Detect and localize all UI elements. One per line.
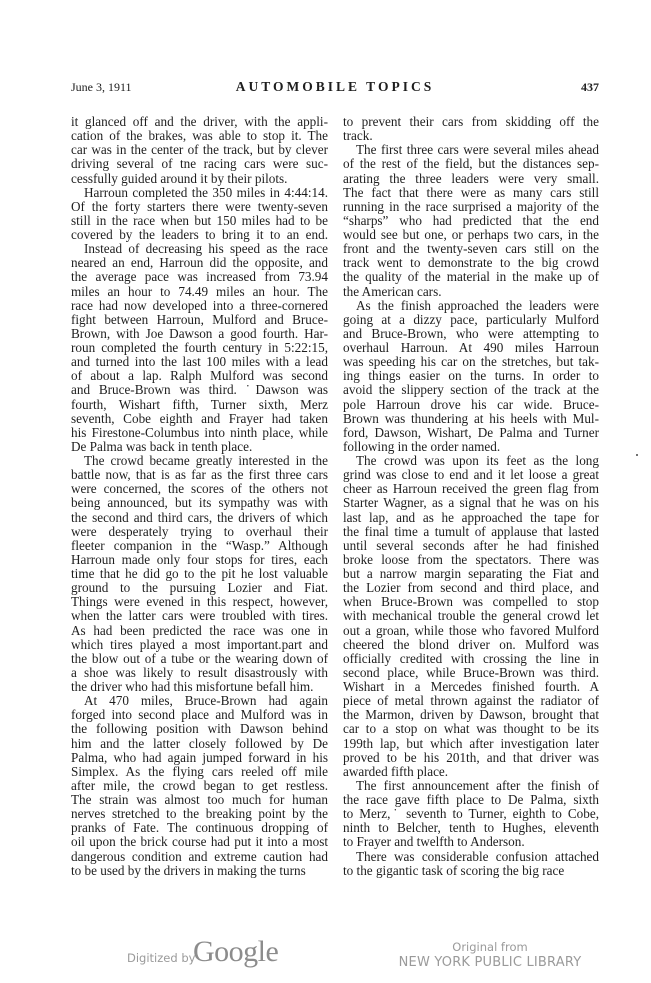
text-line: fleeter companion in the “Wasp.” Althoug…	[71, 539, 328, 553]
text-line: of about a lap. Ralph Mulford was second	[71, 369, 328, 383]
text-line: it glanced off and the driver, with the …	[71, 115, 328, 129]
text-line: was speeding his car on the stretches, b…	[343, 355, 599, 369]
original-from-label: Original from	[400, 940, 580, 954]
text-line: to prevent their cars from skidding off …	[343, 115, 599, 129]
text-line: driving several of tne racing cars were …	[71, 157, 328, 171]
text-line: the blow out of a tube or the wearing do…	[71, 652, 328, 666]
text-line: The crowd became greatly interested in t…	[71, 454, 328, 468]
text-line: after mile, the crowd began to get restl…	[71, 779, 328, 793]
text-line: ford, Dawson, Wishart, De Palma and Turn…	[343, 426, 599, 440]
running-header: June 3, 1911 AUTOMOBILE TOPICS 437	[71, 80, 599, 98]
text-line: officially credited with crossing the li…	[343, 652, 599, 666]
text-line: and Bruce-Brown, who were attempting to	[343, 327, 599, 341]
library-name: NEW YORK PUBLIC LIBRARY	[395, 955, 585, 970]
text-line: avoid the slippery section of the track …	[343, 383, 599, 397]
text-line: to the gigantic task of scoring the big …	[343, 864, 599, 878]
text-line: last lap, and as he approached the tape …	[343, 511, 599, 525]
text-line: Instead of decreasing his speed as the r…	[71, 242, 328, 256]
text-line: when Bruce-Brown was compelled to stop	[343, 595, 599, 609]
text-line: The first announcement after the finish …	[343, 779, 599, 793]
page-number: 437	[581, 80, 599, 95]
text-line: going at a dizzy pace, particularly Mulf…	[343, 313, 599, 327]
text-line: running in the race surprised a majority…	[343, 200, 599, 214]
text-line: out a groan, while those who favored Mul…	[343, 624, 599, 638]
text-line: second place, while Bruce-Brown was thir…	[343, 666, 599, 680]
text-line: battle now, that is as far as the first …	[71, 468, 328, 482]
text-line: As had been predicted the race was one i…	[71, 624, 328, 638]
text-line: the second and third cars, the drivers o…	[71, 511, 328, 525]
text-line: ground to the pursuing Lozier and Fiat.	[71, 581, 328, 595]
text-line: Things were evened in this respect, howe…	[71, 595, 328, 609]
text-line: piece of metal thrown against the radiat…	[343, 694, 599, 708]
google-logo: Google	[193, 935, 278, 969]
text-line: being announced, but its sympathy was wi…	[71, 496, 328, 510]
text-line: the Lozier from second and third place, …	[343, 581, 599, 595]
text-line: At 470 miles, Bruce-Brown had again	[71, 694, 328, 708]
text-line: cheered the blond driver on. Mulford was	[343, 638, 599, 652]
text-line: cation of the brakes, was able to stop i…	[71, 129, 328, 143]
text-line: cessfully guided around it by their pilo…	[71, 172, 328, 186]
text-line: oil upon the brick course had put it int…	[71, 835, 328, 849]
text-line: Brown was thundering at his heels with M…	[343, 412, 599, 426]
left-column: it glanced off and the driver, with the …	[71, 115, 328, 878]
text-line: Palma, who had again jumped forward in h…	[71, 751, 328, 765]
right-column: to prevent their cars from skidding off …	[343, 115, 599, 878]
text-line: neared an end, Harroun did the opposite,…	[71, 256, 328, 270]
text-line: covered by the leaders to bring it to an…	[71, 228, 328, 242]
text-line: until several seconds after he had finis…	[343, 539, 599, 553]
text-line: were concerned, the scores of the others…	[71, 482, 328, 496]
text-line: Of the forty starters there were twenty-…	[71, 200, 328, 214]
digitization-footer: Digitized by Google Original from NEW YO…	[0, 935, 651, 975]
text-line: and turned into the last 100 miles with …	[71, 355, 328, 369]
text-line: forged into second place and Mulford was…	[71, 708, 328, 722]
text-line: The strain was almost too much for human	[71, 793, 328, 807]
text-line: track.	[343, 129, 599, 143]
text-line: which tires played a most important.part…	[71, 638, 328, 652]
text-line: the Marmon, driven by Dawson, brought th…	[343, 708, 599, 722]
text-line: broke loose from the spectators. There w…	[343, 553, 599, 567]
text-line: cheer as Harroun received the green flag…	[343, 482, 599, 496]
text-line: fight between Harroun, Mulford and Bruce…	[71, 313, 328, 327]
text-line: were desperately trying to overhaul thei…	[71, 525, 328, 539]
text-line: pranks of Fate. The continuous dropping …	[71, 821, 328, 835]
text-line: fourth, Wishart fifth, Turner sixth, Mer…	[71, 398, 328, 412]
text-line: but a narrow margin separating the Fiat …	[343, 567, 599, 581]
text-line: The crowd was upon its feet as the long	[343, 454, 599, 468]
text-line: There was considerable confusion attache…	[343, 850, 599, 864]
text-line: and Bruce-Brown was third. ˙Dawson was	[71, 383, 328, 397]
text-line: Simplex. As the flying cars reeled off m…	[71, 765, 328, 779]
text-line: car was in the center of the track, but …	[71, 143, 328, 157]
text-line: dangerous condition and extreme caution …	[71, 850, 328, 864]
text-line: when the latter cars were troubled with …	[71, 609, 328, 623]
text-line: arating the three leaders were very smal…	[343, 172, 599, 186]
text-line: The first three cars were several miles …	[343, 143, 599, 157]
text-line: the American cars.	[343, 285, 599, 299]
digitized-by-label: Digitized by	[127, 951, 195, 965]
text-line: his Firestone-Columbus into ninth place,…	[71, 426, 328, 440]
text-line: front and the twenty-seven cars still on…	[343, 242, 599, 256]
text-line: to be used by the drivers in making the …	[71, 864, 328, 878]
text-line: would see but one, or perhaps two cars, …	[343, 228, 599, 242]
text-line: De Palma was back in tenth place.	[71, 440, 328, 454]
text-line: pole Harroun drove his car wide. Bruce-	[343, 398, 599, 412]
text-line: Harroun completed the 350 miles in 4:44:…	[71, 186, 328, 200]
text-line: proved to be his 201th, and that driver …	[343, 751, 599, 765]
text-line: a shoe was likely to result disastrously…	[71, 666, 328, 680]
text-line: awarded fifth place.	[343, 765, 599, 779]
text-line: car to a stop on what was thought to be …	[343, 722, 599, 736]
text-line: Harroun made only four stops for tires, …	[71, 553, 328, 567]
text-line: grind was close to end and it let loose …	[343, 468, 599, 482]
text-line: time that he did go to the pit he lost v…	[71, 567, 328, 581]
journal-title: AUTOMOBILE TOPICS	[71, 79, 599, 95]
text-line: ninth to Belcher, tenth to Hughes, eleve…	[343, 821, 599, 835]
text-line: the following position with Dawson behin…	[71, 722, 328, 736]
text-line: seventh, Cobe eighth and Frayer had take…	[71, 412, 328, 426]
text-line: the quality of the material in the make …	[343, 270, 599, 284]
text-line: miles an hour to 74.49 miles an hour. Th…	[71, 285, 328, 299]
text-line: race had now developed into a three-corn…	[71, 299, 328, 313]
text-line: still in the race when but 150 miles had…	[71, 214, 328, 228]
text-line: of the rest of the field, but the distan…	[343, 157, 599, 171]
text-line: “sharps” who had predicted that the end	[343, 214, 599, 228]
scan-speck	[636, 454, 638, 456]
text-line: overhaul Harroun. At 490 miles Harroun	[343, 341, 599, 355]
text-line: the average pace was increased from 73.9…	[71, 270, 328, 284]
text-line: roun completed the fourth century in 5:2…	[71, 341, 328, 355]
text-line: 199th lap, but which after investigation…	[343, 737, 599, 751]
text-line: to Frayer and twelfth to Anderson.	[343, 835, 599, 849]
text-line: to Merz,˙ seventh to Turner, eighth to C…	[343, 807, 599, 821]
text-line: with mechanical trouble the general crow…	[343, 609, 599, 623]
text-line: Brown, with Joe Dawson a good fourth. Ha…	[71, 327, 328, 341]
text-line: nerves stretched to the breaking point b…	[71, 807, 328, 821]
text-line: Wishart in a Mercedes finished fourth. A	[343, 680, 599, 694]
text-line: the final time a tumult of applause that…	[343, 525, 599, 539]
text-line: track went to demonstrate to the big cro…	[343, 256, 599, 270]
text-line: the driver who had this misfortune befal…	[71, 680, 328, 694]
text-line: the race gave fifth place to De Palma, s…	[343, 793, 599, 807]
text-line: As the finish approached the leaders wer…	[343, 299, 599, 313]
text-line: ing things easier on the turns. In order…	[343, 369, 599, 383]
text-line: Starter Wagner, as a signal that he was …	[343, 496, 599, 510]
text-line: him and the latter closely followed by D…	[71, 737, 328, 751]
text-line: The fact that there were as many cars st…	[343, 186, 599, 200]
text-line: following in the order named.	[343, 440, 599, 454]
